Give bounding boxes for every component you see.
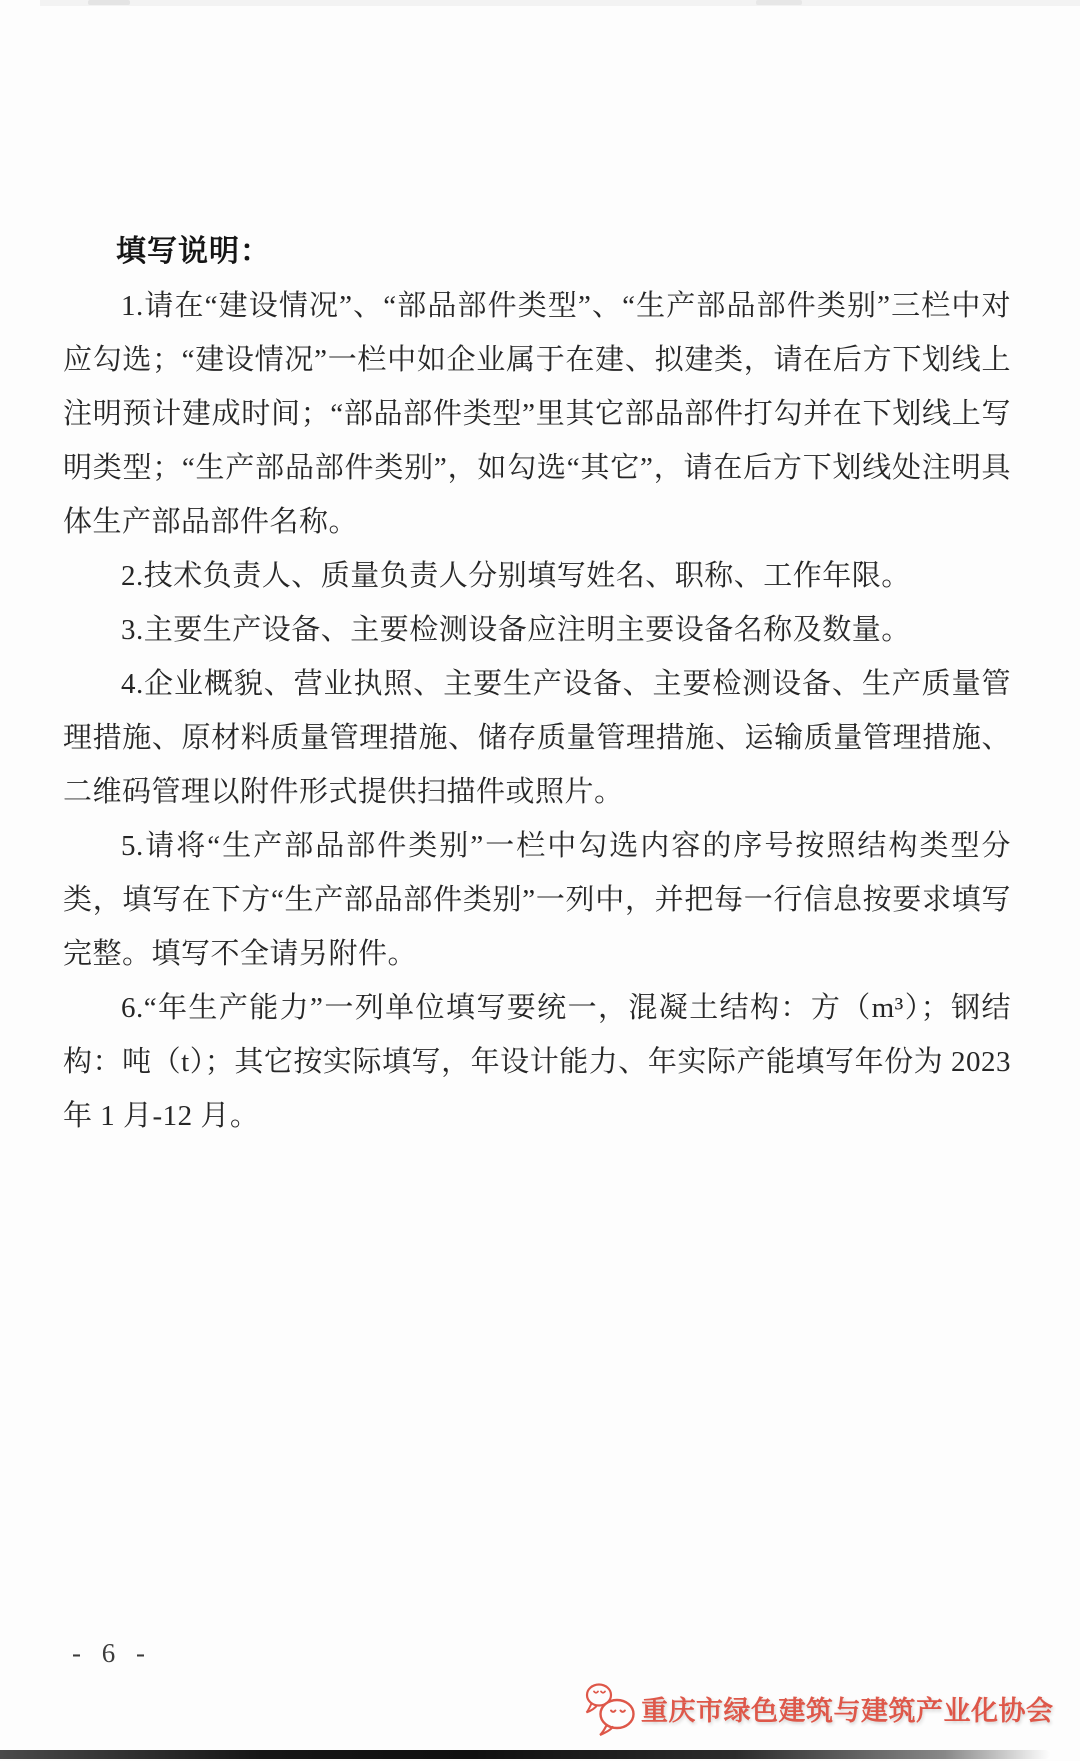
- scan-artifact: [756, 0, 802, 5]
- instruction-paragraph-1: 1.请在“建设情况”、“部品部件类型”、“生产部品部件类别”三栏中对应勾选；“建…: [63, 279, 1011, 549]
- watermark-text: 重庆市绿色建筑与建筑产业化协会: [641, 1689, 1054, 1728]
- scan-bottom-edge: [0, 1750, 1050, 1759]
- instruction-paragraph-3: 3.主要生产设备、主要检测设备应注明主要设备名称及数量。: [63, 603, 1011, 657]
- page-number: - 6 -: [72, 1638, 152, 1669]
- section-title: 填写说明：: [63, 225, 1011, 279]
- document-body: 填写说明： 1.请在“建设情况”、“部品部件类型”、“生产部品部件类别”三栏中对…: [63, 225, 1011, 1143]
- instruction-paragraph-5: 5.请将“生产部品部件类别”一栏中勾选内容的序号按照结构类型分类，填写在下方“生…: [63, 819, 1011, 981]
- document-page: 填写说明： 1.请在“建设情况”、“部品部件类型”、“生产部品部件类别”三栏中对…: [0, 0, 1080, 1761]
- instruction-paragraph-2: 2.技术负责人、质量负责人分别填写姓名、职称、工作年限。: [63, 549, 1011, 603]
- instruction-paragraph-4: 4.企业概貌、营业执照、主要生产设备、主要检测设备、生产质量管理措施、原材料质量…: [63, 657, 1011, 819]
- instruction-paragraph-6: 6.“年生产能力”一列单位填写要统一，混凝土结构：方（m³）；钢结构：吨（t）；…: [63, 981, 1011, 1143]
- association-watermark: 重庆市绿色建筑与建筑产业化协会: [584, 1680, 1054, 1736]
- wechat-icon: [584, 1680, 636, 1736]
- scan-top-edge: [40, 0, 1080, 6]
- scan-artifact: [88, 0, 130, 5]
